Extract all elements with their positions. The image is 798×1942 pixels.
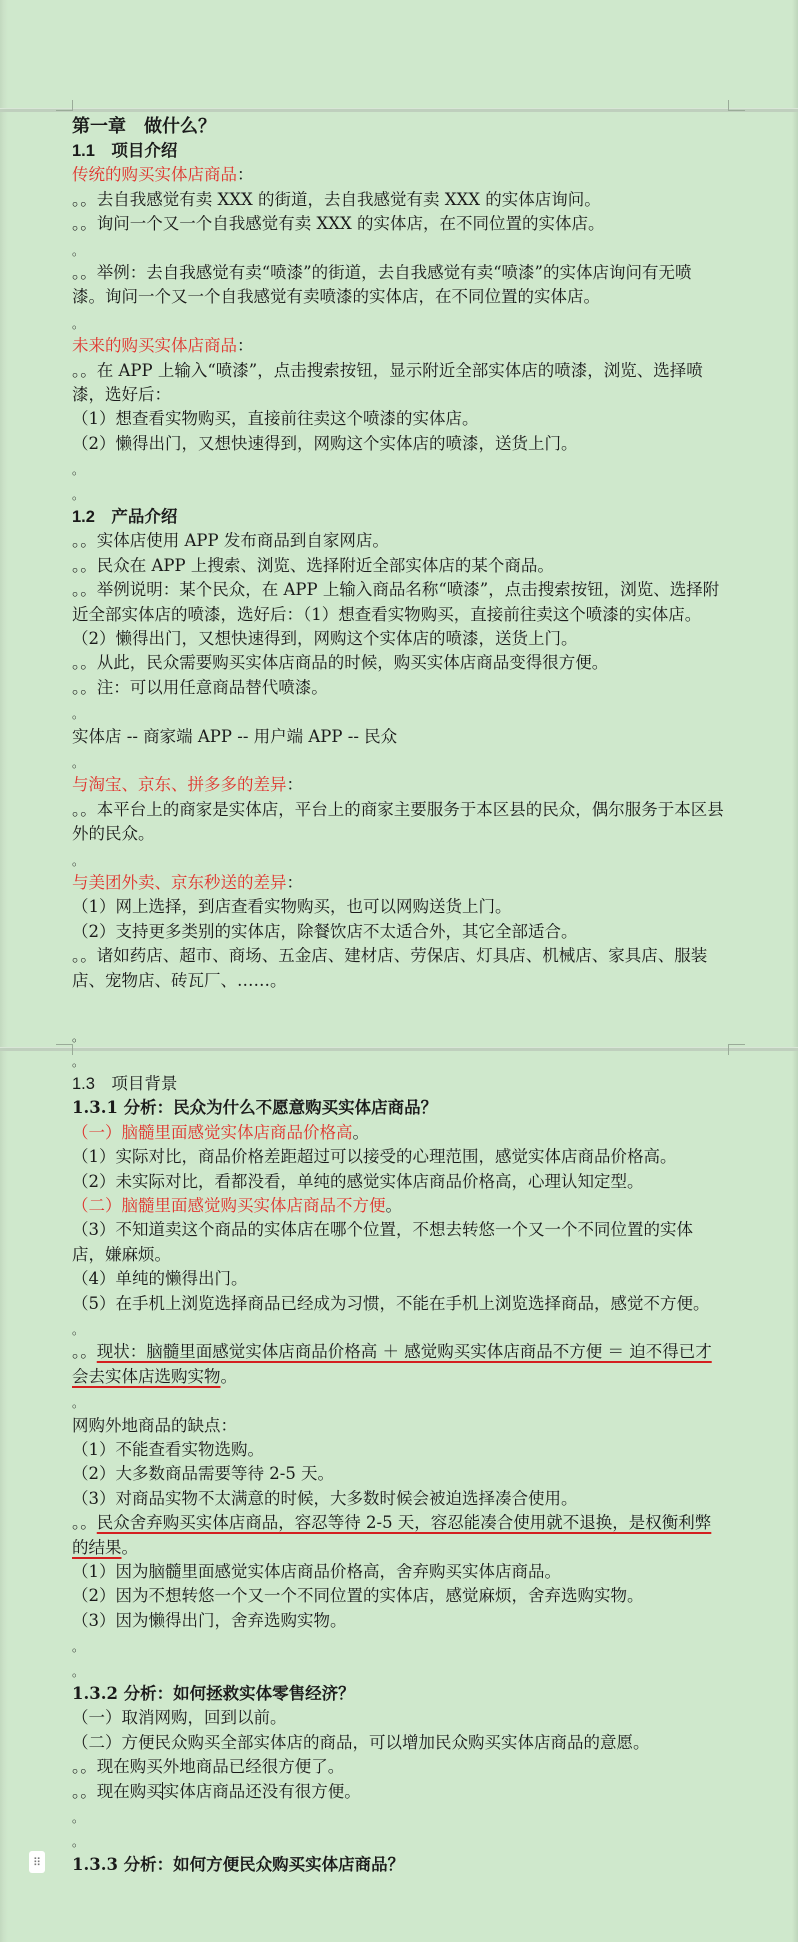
window-left-edge — [0, 0, 8, 1942]
empty-paragraph: 。 — [72, 749, 724, 773]
period: 。 — [221, 1367, 238, 1386]
chapter-title: 第一章 做什么？ — [72, 113, 724, 139]
paragraph-with-cursor[interactable]: 。。现在购买实体店商品还没有很方便。 — [72, 1780, 724, 1804]
text-before-cursor: 。。现在购买 — [72, 1782, 163, 1801]
section-title-1-3: 1.3 项目背景 — [72, 1072, 724, 1096]
empty-paragraph: 。 — [72, 1389, 724, 1413]
online-drawbacks-title: 网购外地商品的缺点： — [72, 1414, 724, 1438]
future-label: 未来的购买实体店商品 — [72, 336, 237, 355]
underlined-tradeoff-text: 民众舍弃购买实体店商品，容忍等待 2-5 天，容忍能凑合使用就不退换，是权衡利弊… — [72, 1513, 711, 1556]
paragraph: 。。民众在 APP 上搜索、浏览、选择附近全部实体店的某个商品。 — [72, 554, 724, 578]
document-body[interactable]: 第一章 做什么？ 1.1 项目介绍 传统的购买实体店商品： 。。去自我感觉有卖 … — [72, 113, 724, 1877]
diff1-heading: 与淘宝、京东、拼多多的差异： — [72, 773, 724, 797]
list-item: （2）懒得出门，又想快速得到，网购这个实体店的喷漆，送货上门。 — [72, 432, 724, 456]
page-break-1 — [0, 108, 798, 112]
list-item: （2）支持更多类别的实体店，除餐饮店不太适合外，其它全部适合。 — [72, 920, 724, 944]
traditional-label: 传统的购买实体店商品 — [72, 165, 237, 184]
future-heading: 未来的购买实体店商品： — [72, 334, 724, 358]
list-item: （1）实际对比，商品价格差距超过可以接受的心理范围，感觉实体店商品价格高。 — [72, 1145, 724, 1169]
paragraph-drag-handle-icon[interactable]: ⠿ — [29, 1851, 45, 1873]
list-item: （1）想查看实物购买，直接前往卖这个喷漆的实体店。 — [72, 407, 724, 431]
empty-paragraph: 。 — [72, 1023, 724, 1047]
reason1-heading: （一）脑髓里面感觉实体店商品价格高。 — [72, 1121, 724, 1145]
list-item: （2）因为不想转悠一个又一个不同位置的实体店，感觉麻烦，舍弃选购实物。 — [72, 1584, 724, 1608]
list-item: （1）网上选择，到店查看实物购买，也可以网购送货上门。 — [72, 895, 724, 919]
tradeoff-paragraph: 。。民众舍弃购买实体店商品，容忍等待 2-5 天，容忍能凑合使用就不退换，是权衡… — [72, 1511, 724, 1560]
subsection-title-1-3-1: 1.3.1 分析：民众为什么不愿意购买实体店商品？ — [72, 1096, 724, 1120]
paragraph: 。。从此，民众需要购买实体店商品的时候，购买实体店商品变得很方便。 — [72, 651, 724, 675]
paragraph: 。。举例说明：某个民众，在 APP 上输入商品名称“喷漆”，点击搜索按钮，浏览、… — [72, 578, 724, 651]
empty-paragraph: 。 — [72, 1316, 724, 1340]
paragraph: 。。在 APP 上输入“喷漆”，点击搜索按钮，显示附近全部实体店的喷漆，浏览、选… — [72, 359, 724, 408]
paragraph: 。。现在购买外地商品已经很方便了。 — [72, 1755, 724, 1779]
list-item: （4）单纯的懒得出门。 — [72, 1267, 724, 1291]
paragraph: 。。询问一个又一个自我感觉有卖 XXX 的实体店，在不同位置的实体店。 — [72, 212, 724, 236]
empty-paragraph: 。 — [72, 1658, 724, 1682]
paragraph: 。。去自我感觉有卖 XXX 的街道，去自我感觉有卖 XXX 的实体店询问。 — [72, 188, 724, 212]
empty-paragraph: 。 — [72, 1048, 724, 1072]
prefix: 。。 — [72, 1513, 97, 1532]
empty-paragraph: 。 — [72, 237, 724, 261]
underlined-status-text: 现状：脑髓里面感觉实体店商品价格高 ＋ 感觉购买实体店商品不方便 ＝ 迫不得已才… — [72, 1342, 712, 1385]
page-gap — [72, 993, 724, 1023]
subsection-title-1-3-2: 1.3.2 分析：如何拯救实体零售经济？ — [72, 1682, 724, 1706]
window-right-edge — [792, 0, 798, 1942]
reason2-label: （二）脑髓里面感觉购买实体店商品不方便 — [72, 1196, 386, 1215]
empty-paragraph: 。 — [72, 1828, 724, 1852]
diff1-label: 与淘宝、京东、拼多多的差异 — [72, 775, 287, 794]
subsection-title-1-3-3: 1.3.3 分析：如何方便民众购买实体店商品？ — [72, 1853, 724, 1877]
prefix: 。。 — [72, 1342, 97, 1361]
diff2-heading: 与美团外卖、京东秒送的差异： — [72, 871, 724, 895]
list-item: （3）对商品实物不太满意的时候，大多数时候会被迫选择凑合使用。 — [72, 1487, 724, 1511]
period: 。 — [386, 1196, 403, 1215]
status-paragraph: 。。现状：脑髓里面感觉实体店商品价格高 ＋ 感觉购买实体店商品不方便 ＝ 迫不得… — [72, 1340, 724, 1389]
text-after-cursor: 实体店商品还没有很方便。 — [163, 1782, 361, 1801]
colon: ： — [237, 165, 254, 184]
list-item: （5）在手机上浏览选择商品已经成为习惯，不能在手机上浏览选择商品，感觉不方便。 — [72, 1292, 724, 1316]
section-title-1-2: 1.2 产品介绍 — [72, 505, 724, 529]
empty-paragraph: 。 — [72, 456, 724, 480]
paragraph: 。。注：可以用任意商品替代喷漆。 — [72, 676, 724, 700]
section-title-1-1: 1.1 项目介绍 — [72, 139, 724, 163]
reason1-label: （一）脑髓里面感觉实体店商品价格高 — [72, 1123, 353, 1142]
empty-paragraph: 。 — [72, 481, 724, 505]
flow-diagram-text: 实体店 -- 商家端 APP -- 用户端 APP -- 民众 — [72, 725, 724, 749]
paragraph: 。。实体店使用 APP 发布商品到自家网店。 — [72, 529, 724, 553]
traditional-heading: 传统的购买实体店商品： — [72, 163, 724, 187]
empty-paragraph: 。 — [72, 1633, 724, 1657]
empty-paragraph: 。 — [72, 700, 724, 724]
list-item: （1）因为脑髓里面感觉实体店商品价格高，舍弃购买实体店商品。 — [72, 1560, 724, 1584]
empty-paragraph: 。 — [72, 310, 724, 334]
paragraph: 。。诸如药店、超市、商场、五金店、建材店、劳保店、灯具店、机械店、家具店、服装店… — [72, 944, 724, 993]
list-item: （3）不知道卖这个商品的实体店在哪个位置，不想去转悠一个又一个不同位置的实体店，… — [72, 1218, 724, 1267]
empty-paragraph: 。 — [72, 847, 724, 871]
margin-corner-marker — [56, 1044, 73, 1055]
empty-paragraph: 。 — [72, 1804, 724, 1828]
period: 。 — [353, 1123, 370, 1142]
list-item: （一）取消网购，回到以前。 — [72, 1706, 724, 1730]
colon: ： — [287, 775, 304, 794]
period: 。 — [122, 1538, 139, 1557]
paragraph: 。。本平台上的商家是实体店，平台上的商家主要服务于本区县的民众，偶尔服务于本区县… — [72, 798, 724, 847]
paragraph-example: 。。举例：去自我感觉有卖“喷漆”的街道，去自我感觉有卖“喷漆”的实体店询问有无喷… — [72, 261, 724, 310]
reason2-heading: （二）脑髓里面感觉购买实体店商品不方便。 — [72, 1194, 724, 1218]
list-item: （2）未实际对比，看都没看，单纯的感觉实体店商品价格高，心理认知定型。 — [72, 1170, 724, 1194]
list-item: （3）因为懒得出门，舍弃选购实物。 — [72, 1609, 724, 1633]
colon: ： — [237, 336, 254, 355]
margin-corner-marker — [728, 100, 745, 111]
margin-corner-marker — [728, 1044, 745, 1055]
colon: ： — [287, 873, 304, 892]
list-item: （二）方便民众购买全部实体店的商品，可以增加民众购买实体店商品的意愿。 — [72, 1731, 724, 1755]
list-item: （1）不能查看实物选购。 — [72, 1438, 724, 1462]
diff2-label: 与美团外卖、京东秒送的差异 — [72, 873, 287, 892]
list-item: （2）大多数商品需要等待 2-5 天。 — [72, 1462, 724, 1486]
margin-corner-marker — [56, 100, 73, 111]
